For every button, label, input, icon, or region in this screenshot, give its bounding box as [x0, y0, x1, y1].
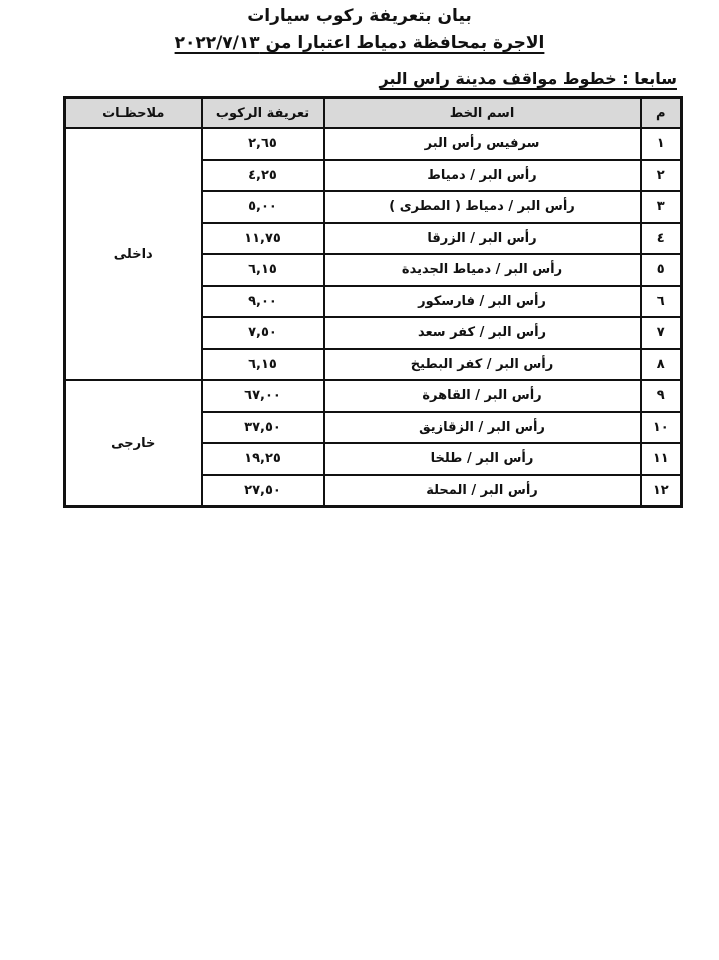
row-number: ١: [641, 128, 682, 160]
row-fare: ٦,١٥: [202, 254, 324, 286]
row-fare: ٢,٦٥: [202, 128, 324, 160]
row-fare: ٤,٢٥: [202, 160, 324, 192]
document-title: بيان بتعريفة ركوب سيارات: [0, 4, 719, 28]
group-note-external: خارجى: [65, 380, 202, 507]
row-route: رأس البر / كفر البطيخ: [324, 349, 641, 381]
header-number: م: [641, 98, 682, 129]
row-route: سرفيس رأس البر: [324, 128, 641, 160]
row-number: ٦: [641, 286, 682, 318]
row-fare: ١٩,٢٥: [202, 443, 324, 475]
fares-table: م اسم الخط تعريفة الركوب ملاحظـات ١ سرفي…: [63, 96, 683, 508]
row-fare: ٥,٠٠: [202, 191, 324, 223]
row-number: ٤: [641, 223, 682, 255]
table-header-row: م اسم الخط تعريفة الركوب ملاحظـات: [65, 98, 682, 129]
row-number: ٢: [641, 160, 682, 192]
row-fare: ٦٧,٠٠: [202, 380, 324, 412]
row-number: ١٠: [641, 412, 682, 444]
header-route: اسم الخط: [324, 98, 641, 129]
row-number: ٧: [641, 317, 682, 349]
row-number: ٩: [641, 380, 682, 412]
row-fare: ٧,٥٠: [202, 317, 324, 349]
header-notes: ملاحظـات: [65, 98, 202, 129]
row-number: ٥: [641, 254, 682, 286]
row-fare: ١١,٧٥: [202, 223, 324, 255]
row-route: رأس البر / دمياط: [324, 160, 641, 192]
row-number: ٣: [641, 191, 682, 223]
table-row: ٩ رأس البر / القاهرة ٦٧,٠٠ خارجى: [65, 380, 682, 412]
row-number: ١٢: [641, 475, 682, 507]
document-subtitle: الاجرة بمحافظة دمياط اعتبارا من ٢٠٢٢/٧/١…: [0, 31, 719, 55]
row-route: رأس البر / الزقازيق: [324, 412, 641, 444]
row-route: رأس البر / فارسكور: [324, 286, 641, 318]
row-route: رأس البر / كفر سعد: [324, 317, 641, 349]
header-fare: تعريفة الركوب: [202, 98, 324, 129]
row-number: ٨: [641, 349, 682, 381]
row-route: رأس البر / دمياط ( المطرى ): [324, 191, 641, 223]
row-route: رأس البر / القاهرة: [324, 380, 641, 412]
table-row: ١ سرفيس رأس البر ٢,٦٥ داخلى: [65, 128, 682, 160]
row-number: ١١: [641, 443, 682, 475]
group-note-internal: داخلى: [65, 128, 202, 380]
row-route: رأس البر / المحلة: [324, 475, 641, 507]
row-fare: ٩,٠٠: [202, 286, 324, 318]
row-fare: ٢٧,٥٠: [202, 475, 324, 507]
row-route: رأس البر / الزرقا: [324, 223, 641, 255]
row-fare: ٣٧,٥٠: [202, 412, 324, 444]
row-route: رأس البر / طلخا: [324, 443, 641, 475]
row-route: رأس البر / دمياط الجديدة: [324, 254, 641, 286]
document-subtitle-text: الاجرة بمحافظة دمياط اعتبارا من ٢٠٢٢/٧/١…: [175, 33, 545, 53]
row-fare: ٦,١٥: [202, 349, 324, 381]
section-title: سابعا : خطوط مواقف مدينة راس البر: [380, 67, 677, 91]
